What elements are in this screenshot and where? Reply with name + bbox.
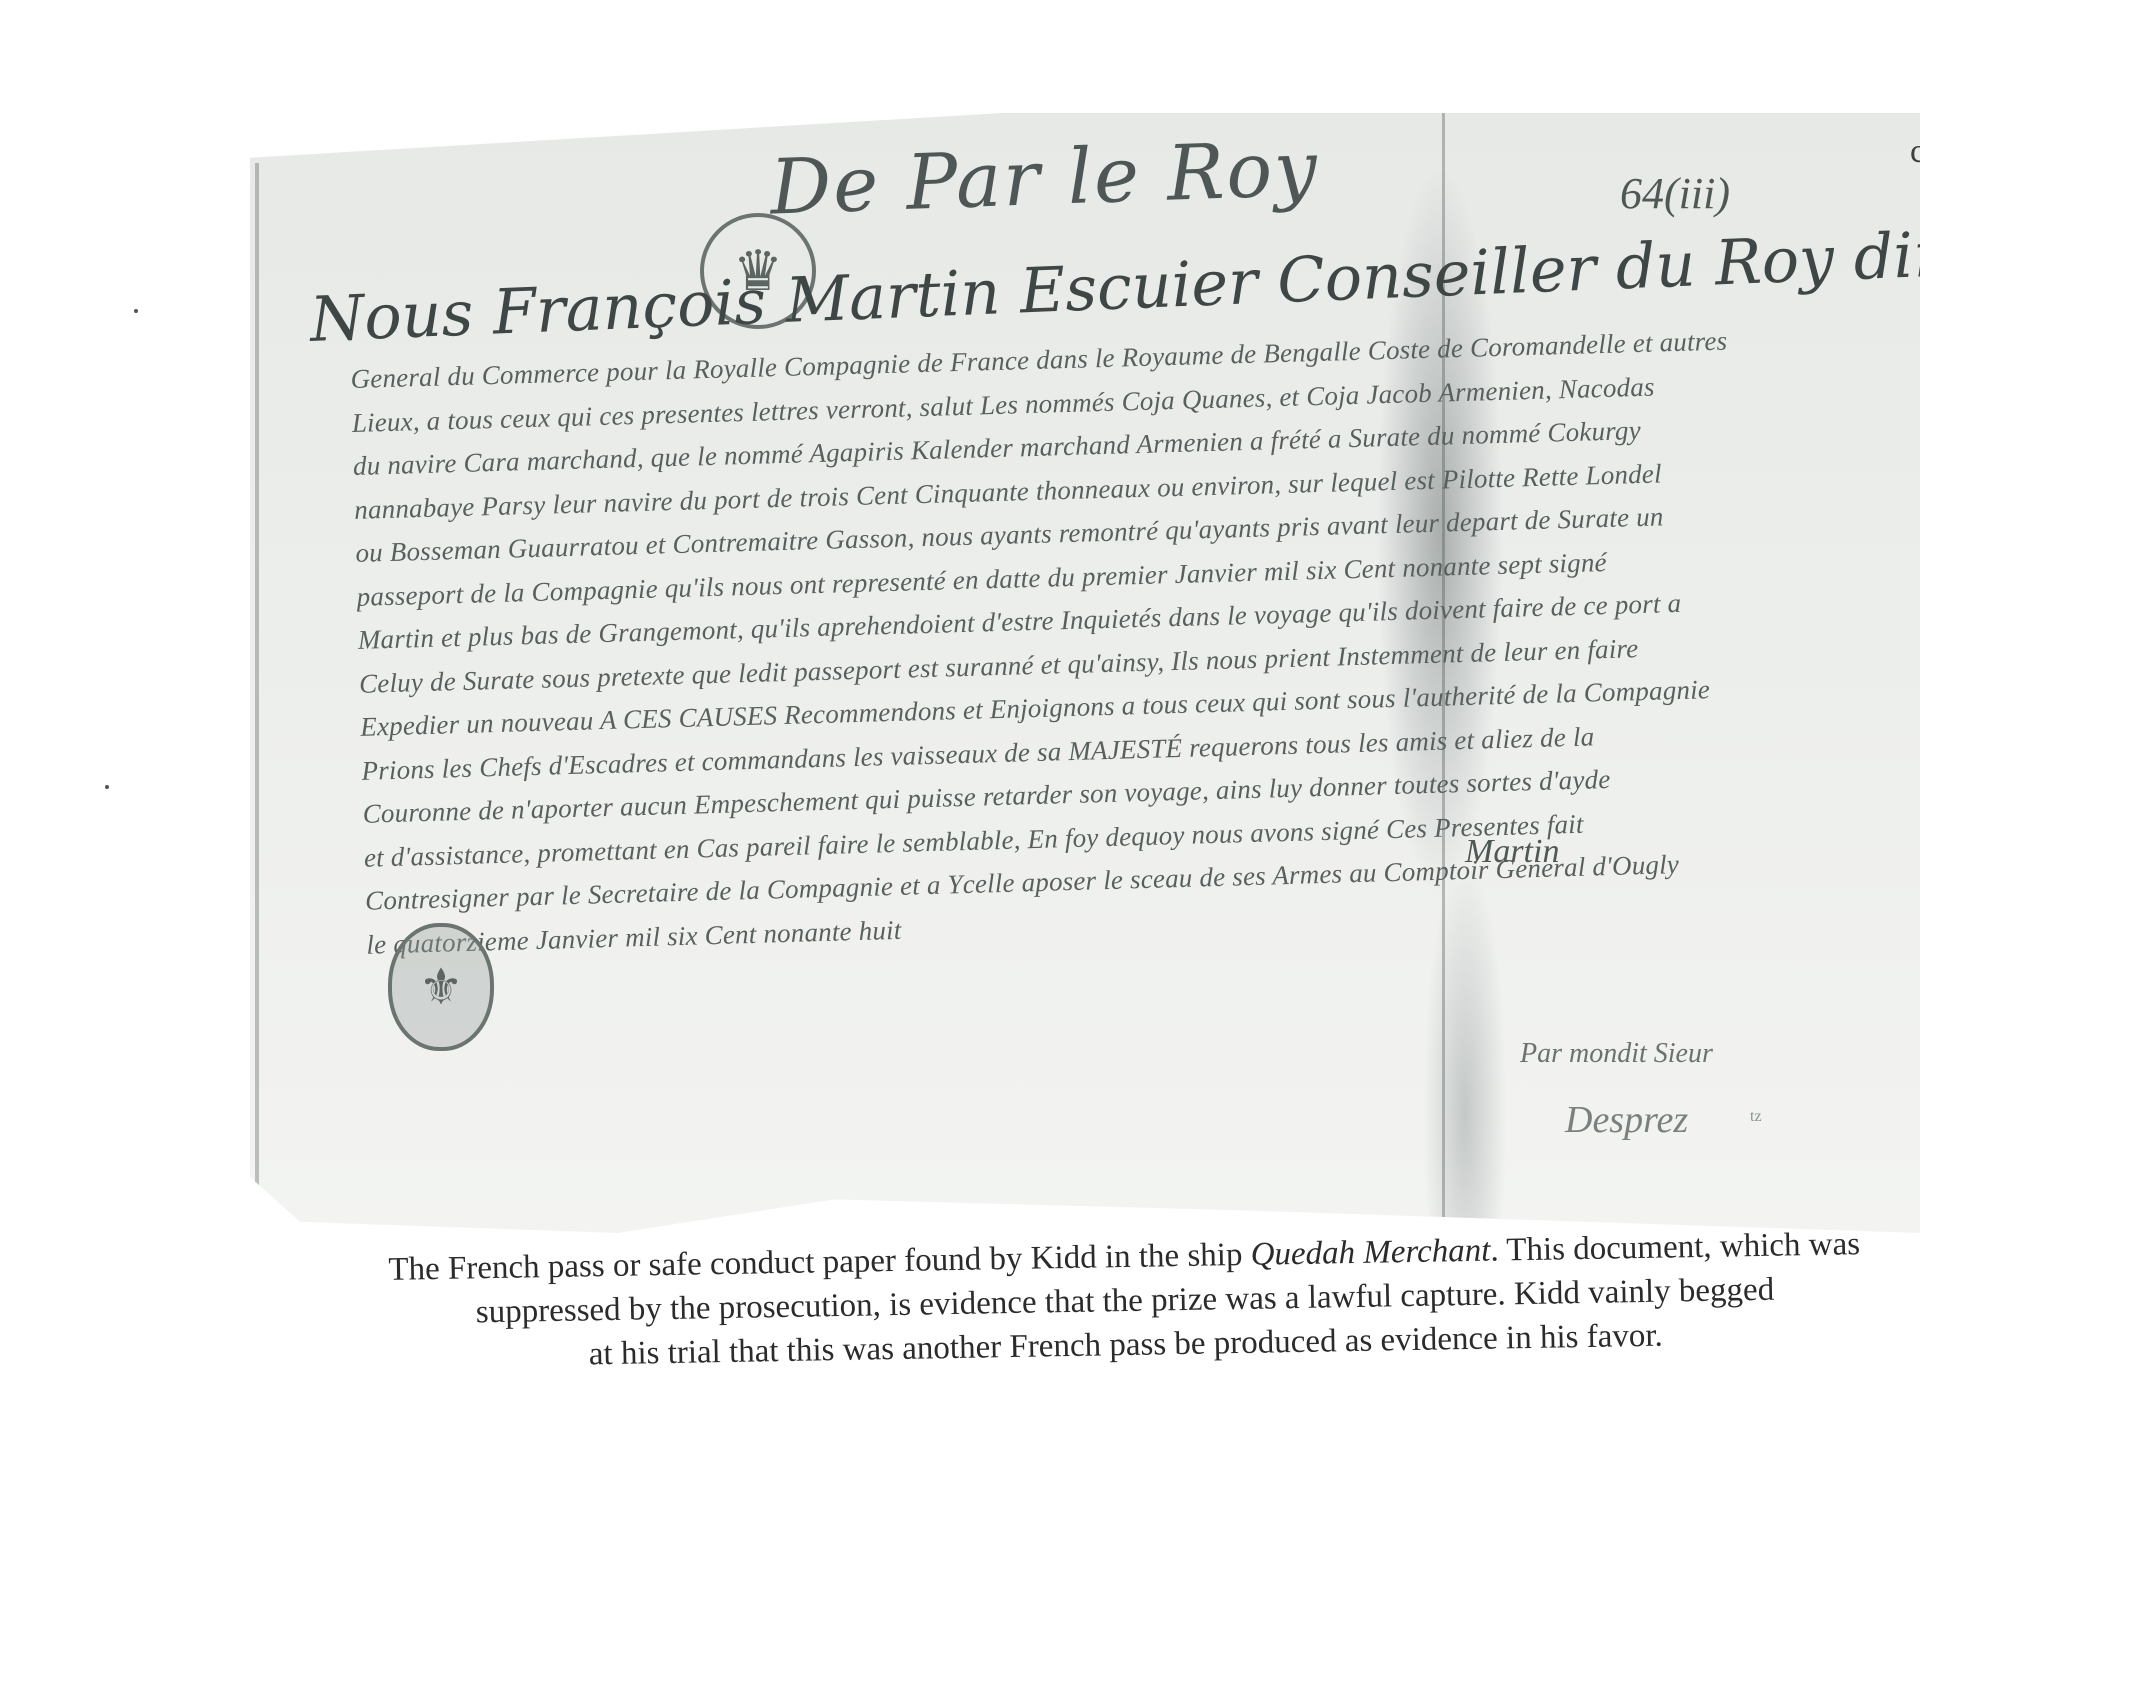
document-heading: De Par le Roy — [769, 123, 1321, 231]
document-body: General du Commerce pour la Royalle Comp… — [350, 315, 1896, 966]
figure-caption: The French pass or safe conduct paper fo… — [194, 1219, 2056, 1383]
ship-name: Quedah Merchant — [1250, 1233, 1490, 1273]
edge-mark: c — [1910, 133, 1925, 171]
countersign-prefix: Par mondit Sieur — [1520, 1038, 1713, 1070]
scan-speck — [134, 309, 138, 313]
signature-martin: Martin — [1465, 833, 1559, 871]
signature-desprez: Desprez — [1565, 1098, 1688, 1142]
arms-seal-icon: ⚜ — [388, 923, 494, 1051]
scan-speck — [105, 785, 109, 789]
document-photograph: De Par le Roy 64(iii) c ♛ Nous François … — [250, 113, 1920, 1233]
caption-text: . This document, which was — [1490, 1226, 1860, 1268]
countersign-mark: tz — [1750, 1108, 1762, 1126]
left-border-rule — [255, 163, 259, 1193]
document-number: 64(iii) — [1620, 168, 1730, 219]
